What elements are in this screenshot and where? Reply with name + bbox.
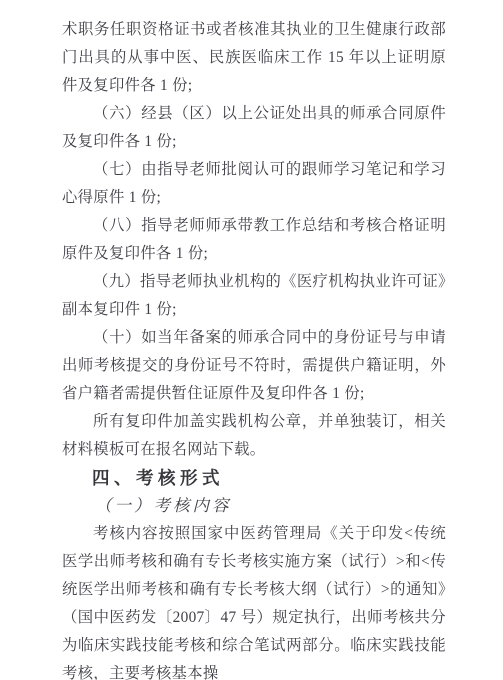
paragraph: 考核内容按照国家中医药管理局《关于印发<传统医学出师考核和确有专长考核实施方案（… (62, 520, 446, 680)
section-subheading: （一）考核内容 (62, 492, 446, 520)
paragraph: 术职务任职资格证书或者核准其执业的卫生健康行政部门出具的从事中医、民族医临床工作… (62, 16, 446, 100)
paragraph: （七）由指导老师批阅认可的跟师学习笔记和学习心得原件 1 份; (62, 156, 446, 212)
paragraph: （九）指导老师执业机构的《医疗机构执业许可证》副本复印件 1 份; (62, 268, 446, 324)
paragraph: 所有复印件加盖实践机构公章，并单独装订，相关材料模板可在报名网站下载。 (62, 408, 446, 464)
paragraph: （六）经县（区）以上公证处出具的师承合同原件及复印件各 1 份; (62, 100, 446, 156)
paragraph: （八）指导老师师承带教工作总结和考核合格证明原件及复印件各 1 份; (62, 212, 446, 268)
document-page: 术职务任职资格证书或者核准其执业的卫生健康行政部门出具的从事中医、民族医临床工作… (0, 0, 503, 680)
paragraph: （十）如当年备案的师承合同中的身份证号与申请出师考核提交的身份证号不符时，需提供… (62, 324, 446, 408)
document-body: 术职务任职资格证书或者核准其执业的卫生健康行政部门出具的从事中医、民族医临床工作… (62, 16, 446, 680)
section-heading: 四、考核形式 (62, 464, 446, 492)
